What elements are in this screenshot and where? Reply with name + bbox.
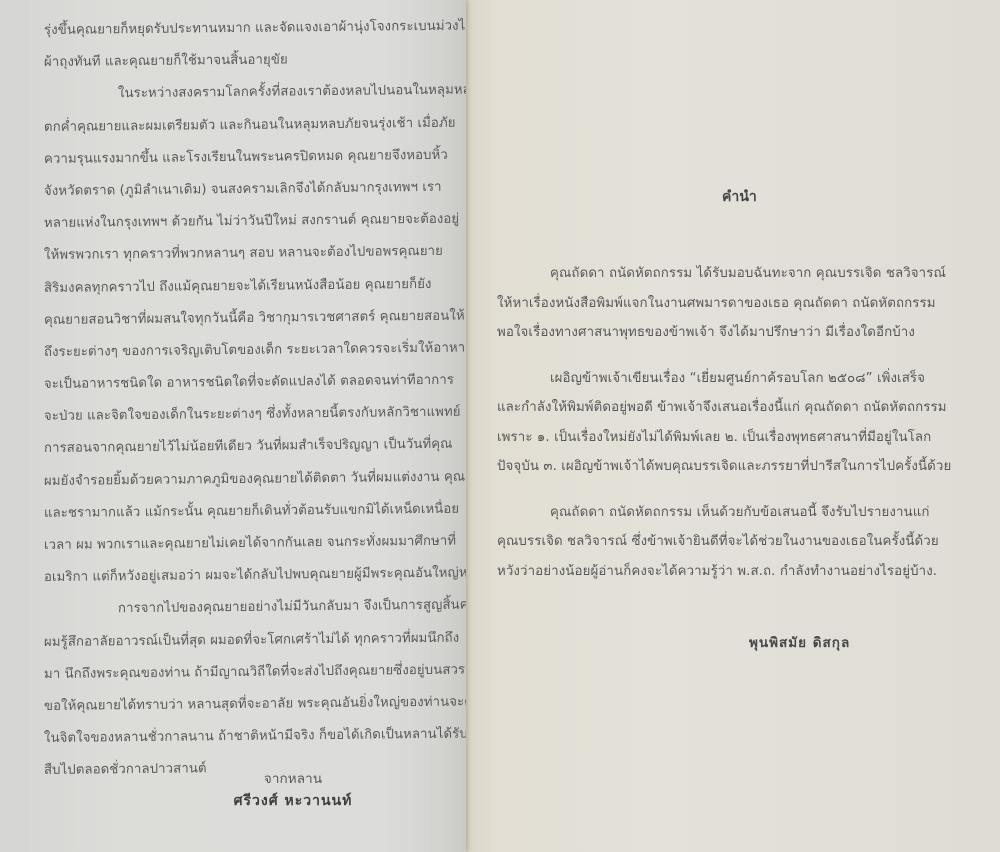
text-line: การสอนจากคุณยายไว้ไม่น้อยทีเดียว วันที่ผ… [44, 429, 466, 466]
paragraph: คุณถัดดา ถนัดหัตถกรรม ได้รับมอบฉันทะจาก … [497, 259, 951, 348]
text-line: ให้พรพวกเรา ทุกคราวที่พวกหลานๆ สอบ หลานจ… [44, 236, 466, 273]
text-line: จะเป็นอาหารชนิดใด อาหารชนิดใดที่จะดัดแปล… [44, 364, 466, 401]
paragraph: รุ่งขึ้นคุณยายก็หยุดรับประทานหมาก และจัด… [44, 15, 466, 79]
paragraph: การจากไปของคุณยายอย่างไม่มีวันกลับมา จึง… [44, 594, 466, 787]
text-line: หลายแห่งในกรุงเทพฯ ด้วยกัน ไม่ว่าวันปีให… [44, 204, 466, 241]
paragraph: เผอิญข้าพเจ้าเขียนเรื่อง “เยี่ยมศูนย์กาค… [497, 364, 951, 482]
text-line: ผมยังจำรอยยิ้มด้วยความภาคภูมิของคุณยายได… [44, 461, 466, 498]
text-line: เพราะ ๑. เป็นเรื่องใหม่ยังไม่ได้พิมพ์เลย… [497, 423, 951, 453]
text-line: ในระหว่างสงครามโลกครั้งที่สองเราต้องหลบไ… [44, 75, 466, 112]
right-page-body: คุณถัดดา ถนัดหัตถกรรม ได้รับมอบฉันทะจาก … [497, 259, 951, 586]
text-line: ความรุนแรงมากขึ้น และโรงเรียนในพระนครปิด… [44, 139, 466, 176]
left-page: รุ่งขึ้นคุณยายก็หยุดรับประทานหมาก และจัด… [0, 0, 466, 852]
text-line: ปัจจุบัน ๓. เผอิญข้าพเจ้าได้พบคุณบรรเจิด… [497, 452, 951, 482]
text-line: หวังว่าอย่างน้อยผู้อ่านก็คงจะได้ความรู้ว… [497, 557, 951, 587]
paragraph-gap [497, 348, 951, 364]
signature-from: จากหลาน [60, 767, 466, 789]
text-line: คุณบรรเจิด ชลวิจารณ์ ซึ่งข้าพเจ้ายินดีที… [497, 527, 951, 557]
text-line: และกำลังให้พิมพ์ติดอยู่พอดี ข้าพเจ้าจึงเ… [497, 393, 951, 423]
text-line: ถึงระยะต่างๆ ของการเจริญเติบโตของเด็ก ระ… [44, 332, 466, 369]
page-title: คำนำ [722, 186, 757, 208]
text-line: จังหวัดตราด (ภูมิลำเนาเดิม) จนสงครามเลิก… [44, 171, 466, 208]
text-line: การจากไปของคุณยายอย่างไม่มีวันกลับมา จึง… [44, 590, 466, 627]
author-signature: พุนพิสมัย ดิสกุล [749, 631, 850, 653]
text-line: ขอให้คุณยายได้ทราบว่า หลานสุดที่จะอาลัย … [44, 686, 466, 723]
signature-name: ศรีวงศ์ หะวานนท์ [60, 790, 466, 812]
text-line: อเมริกา แต่ก็หวังอยู่เสมอว่า ผมจะได้กลับ… [44, 558, 466, 595]
paragraph: ในระหว่างสงครามโลกครั้งที่สองเราต้องหลบไ… [44, 79, 466, 594]
text-line: ตกค่ำคุณยายและผมเตรียมตัว และกินอนในหลุม… [44, 107, 466, 144]
text-line: เผอิญข้าพเจ้าเขียนเรื่อง “เยี่ยมศูนย์กาค… [497, 364, 951, 394]
paragraph-gap [497, 482, 951, 498]
text-line: ผ้าถุงทันที และคุณยายก็ใช้มาจนสิ้นอายุขั… [44, 43, 466, 80]
paragraph: คุณถัดดา ถนัดหัตถกรรม เห็นด้วยกับข้อเสนอ… [497, 498, 951, 587]
text-line: คุณถัดดา ถนัดหัตถกรรม เห็นด้วยกับข้อเสนอ… [497, 498, 951, 528]
text-line: ผมรู้สึกอาลัยอาวรณ์เป็นที่สุด ผมอดที่จะโ… [44, 622, 466, 659]
text-line: มา นึกถึงพระคุณของท่าน ถ้ามีญาณวิถีใดที่… [44, 654, 466, 691]
text-line: และชรามากแล้ว แม้กระนั้น คุณยายก็เดินทั่… [44, 493, 466, 530]
text-line: เวลา ผม พวกเราและคุณยายไม่เคยได้จากกันเล… [44, 525, 466, 562]
text-line: สิริมงคลทุกคราวไป ถึงแม้คุณยายจะได้เรียน… [44, 268, 466, 305]
text-line: คุณยายสอนวิชาที่ผมสนใจทุกวันนี้คือ วิชาก… [44, 300, 466, 337]
text-line: ให้หาเรื่องหนังสือพิมพ์แจกในงานศพมารดาขอ… [497, 289, 951, 319]
text-line: จะป่วย และจิตใจของเด็กในระยะต่างๆ ซึ่งทั… [44, 397, 466, 434]
text-line: รุ่งขึ้นคุณยายก็หยุดรับประทานหมาก และจัด… [44, 10, 466, 47]
left-page-body: รุ่งขึ้นคุณยายก็หยุดรับประทานหมาก และจัด… [44, 15, 466, 788]
text-line: ในจิตใจของหลานชั่วกาลนาน ถ้าชาติหน้ามีจร… [44, 719, 466, 756]
text-line: คุณถัดดา ถนัดหัตถกรรม ได้รับมอบฉันทะจาก … [497, 259, 951, 289]
text-line: พอใจเรื่องทางศาสนาพุทธของข้าพเจ้า จึงได้… [497, 318, 951, 348]
